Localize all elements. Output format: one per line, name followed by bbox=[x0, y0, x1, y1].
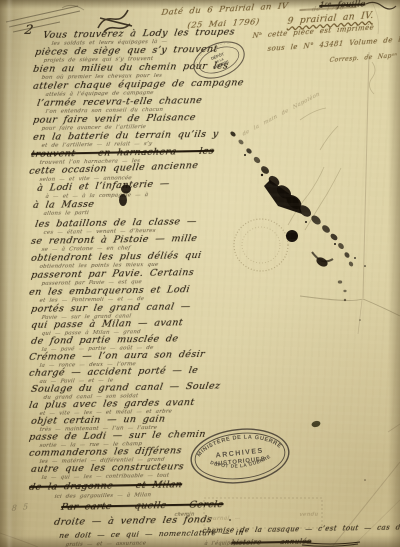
manuscript-page: Daté du 6 Prairial an IV(25 Mai 1796)9 p… bbox=[0, 0, 400, 547]
ghost-scratches bbox=[288, 62, 375, 230]
manuscript-line: à la Masse bbox=[32, 199, 95, 211]
ink-smear bbox=[229, 131, 365, 293]
manuscript-line: Nᵇ cette pièce est imprimée bbox=[252, 24, 374, 41]
stamp-ministere-guerre: MINISTÈRE DE LA GUERRE ARCHIVES HISTORIQ… bbox=[185, 422, 294, 491]
manuscript-line: gratis — et — assurance bbox=[65, 541, 146, 547]
ink-dot bbox=[286, 230, 298, 242]
manuscript-line: vendu bbox=[299, 512, 319, 518]
manuscript-line: ici des gargouilles — à Milan bbox=[54, 492, 152, 500]
ghost-stamp-inner bbox=[242, 227, 280, 263]
pencil-corner-lines bbox=[6, 5, 84, 32]
ink-specks bbox=[229, 299, 366, 521]
manuscript-line: histoire — annulée bbox=[231, 538, 312, 547]
manuscript-line: droite — à vendre les fonds bbox=[53, 514, 213, 528]
manuscript-line: de la dragonne — et Milan bbox=[28, 479, 183, 493]
manuscript-line: 8 5 bbox=[11, 502, 28, 513]
small-blob bbox=[311, 420, 321, 428]
manuscript-line: Daté du 6 Prairial an IV bbox=[161, 1, 289, 18]
manuscript-line: Par carte — quelle — Gercle bbox=[60, 499, 224, 513]
manuscript-line: sous le N° 43481 Volume de la bbox=[267, 35, 400, 53]
manuscript-line: Journal — bbox=[206, 515, 241, 522]
manuscript-line: 1ʳᵉ feuille bbox=[319, 0, 366, 10]
manuscript-line: de la main de Napoléon bbox=[242, 91, 321, 138]
manuscript-line: à l’équipage bbox=[204, 540, 240, 547]
manuscript-line: allons le parti bbox=[43, 210, 89, 217]
ghost-stamp-ring bbox=[234, 219, 288, 271]
manuscript-line: chemise de la casaque — c’est tout — cas… bbox=[202, 522, 400, 535]
manuscript-line: Corresp. de Napᵒⁿ bbox=[329, 52, 397, 64]
manuscript-line: 2 bbox=[23, 23, 34, 38]
